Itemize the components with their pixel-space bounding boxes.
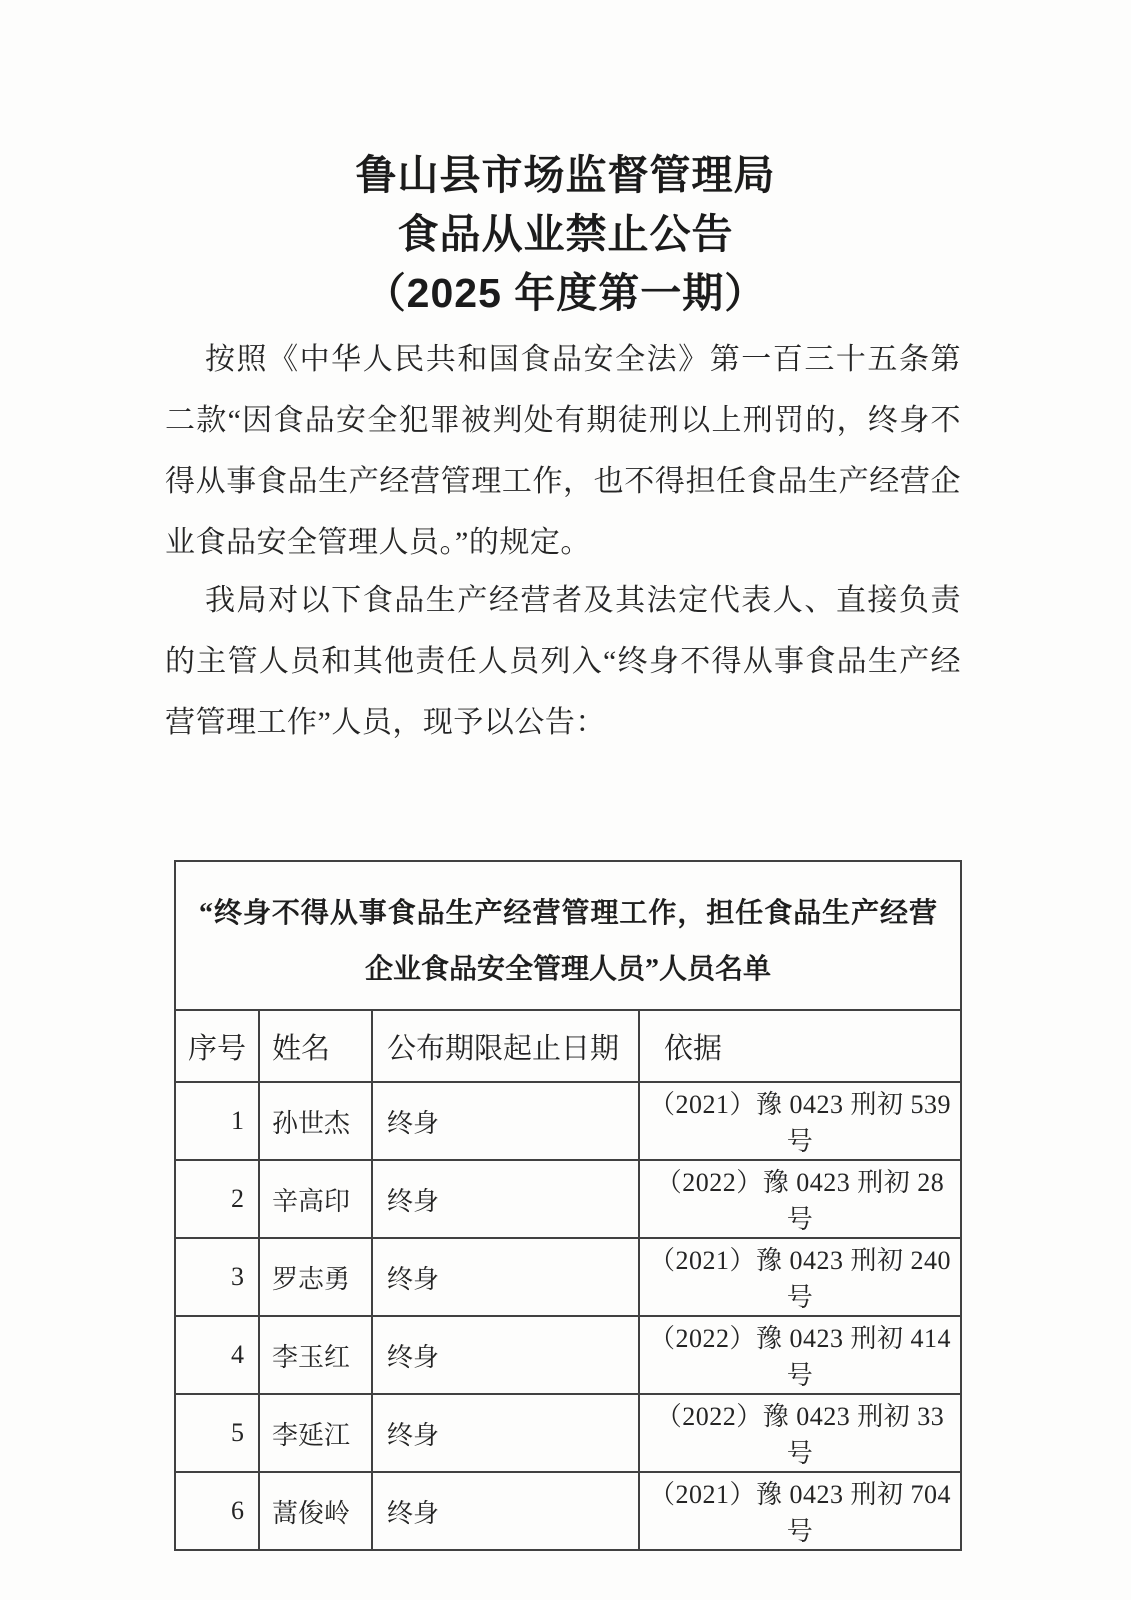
cell-period: 终身 [372, 1472, 639, 1550]
table-caption-row: “终身不得从事食品生产经营管理工作，担任食品生产经营 企业食品安全管理人员”人员… [175, 861, 961, 1010]
paragraph-announcement: 我局对以下食品生产经营者及其法定代表人、直接负责 的主管人员和其他责任人员列入“… [165, 570, 961, 753]
cell-name: 蒿俊岭 [259, 1472, 372, 1550]
table-caption: “终身不得从事食品生产经营管理工作，担任食品生产经营 企业食品安全管理人员”人员… [175, 861, 961, 1010]
cell-serial: 6 [175, 1472, 259, 1550]
document-page: 鲁山县市场监督管理局 食品从业禁止公告 （2025 年度第一期） 按照《中华人民… [0, 0, 1131, 1600]
cell-basis: （2021）豫 0423 刑初 240 号 [639, 1238, 961, 1316]
cell-period: 终身 [372, 1316, 639, 1394]
cell-serial: 1 [175, 1082, 259, 1160]
page-title: 鲁山县市场监督管理局 食品从业禁止公告 （2025 年度第一期） [0, 146, 1131, 323]
title-line-3: （2025 年度第一期） [0, 264, 1131, 323]
cell-basis: （2021）豫 0423 刑初 704 号 [639, 1472, 961, 1550]
cell-name: 李玉红 [259, 1316, 372, 1394]
paragraph-line: 业食品安全管理人员。”的规定。 [165, 512, 961, 573]
column-header-basis: 依据 [639, 1010, 961, 1082]
cell-name: 辛高印 [259, 1160, 372, 1238]
paragraph-line: 二款“因食品安全犯罪被判处有期徒刑以上刑罚的，终身不 [165, 390, 961, 451]
paragraph-line: 营管理工作”人员，现予以公告： [165, 692, 961, 753]
cell-basis: （2022）豫 0423 刑初 414 号 [639, 1316, 961, 1394]
cell-basis: （2022）豫 0423 刑初 33 号 [639, 1394, 961, 1472]
paragraph-legal-basis: 按照《中华人民共和国食品安全法》第一百三十五条第 二款“因食品安全犯罪被判处有期… [165, 329, 961, 573]
paragraph-line: 得从事食品生产经营管理工作，也不得担任食品生产经营企 [165, 451, 961, 512]
table-row: 4 李玉红 终身 （2022）豫 0423 刑初 414 号 [175, 1316, 961, 1394]
column-header-serial: 序号 [175, 1010, 259, 1082]
column-header-name: 姓名 [259, 1010, 372, 1082]
paragraph-line: 按照《中华人民共和国食品安全法》第一百三十五条第 [165, 329, 961, 390]
table-row: 6 蒿俊岭 终身 （2021）豫 0423 刑初 704 号 [175, 1472, 961, 1550]
cell-serial: 4 [175, 1316, 259, 1394]
paragraph-line: 我局对以下食品生产经营者及其法定代表人、直接负责 [165, 570, 961, 631]
table-row: 5 李延江 终身 （2022）豫 0423 刑初 33 号 [175, 1394, 961, 1472]
paragraph-line: 的主管人员和其他责任人员列入“终身不得从事食品生产经 [165, 631, 961, 692]
cell-name: 李延江 [259, 1394, 372, 1472]
table-row: 1 孙世杰 终身 （2021）豫 0423 刑初 539 号 [175, 1082, 961, 1160]
cell-period: 终身 [372, 1160, 639, 1238]
cell-serial: 5 [175, 1394, 259, 1472]
cell-serial: 3 [175, 1238, 259, 1316]
cell-period: 终身 [372, 1082, 639, 1160]
title-line-2: 食品从业禁止公告 [0, 205, 1131, 264]
title-line-1: 鲁山县市场监督管理局 [0, 146, 1131, 205]
prohibition-table: “终身不得从事食品生产经营管理工作，担任食品生产经营 企业食品安全管理人员”人员… [174, 860, 962, 1551]
cell-period: 终身 [372, 1394, 639, 1472]
table-row: 3 罗志勇 终身 （2021）豫 0423 刑初 240 号 [175, 1238, 961, 1316]
cell-basis: （2022）豫 0423 刑初 28 号 [639, 1160, 961, 1238]
cell-basis: （2021）豫 0423 刑初 539 号 [639, 1082, 961, 1160]
caption-line-1: “终身不得从事食品生产经营管理工作，担任食品生产经营 [177, 886, 959, 942]
column-header-period: 公布期限起止日期 [372, 1010, 639, 1082]
table-row: 2 辛高印 终身 （2022）豫 0423 刑初 28 号 [175, 1160, 961, 1238]
cell-period: 终身 [372, 1238, 639, 1316]
cell-serial: 2 [175, 1160, 259, 1238]
cell-name: 孙世杰 [259, 1082, 372, 1160]
table-header-row: 序号 姓名 公布期限起止日期 依据 [175, 1010, 961, 1082]
caption-line-2: 企业食品安全管理人员”人员名单 [177, 942, 959, 998]
cell-name: 罗志勇 [259, 1238, 372, 1316]
